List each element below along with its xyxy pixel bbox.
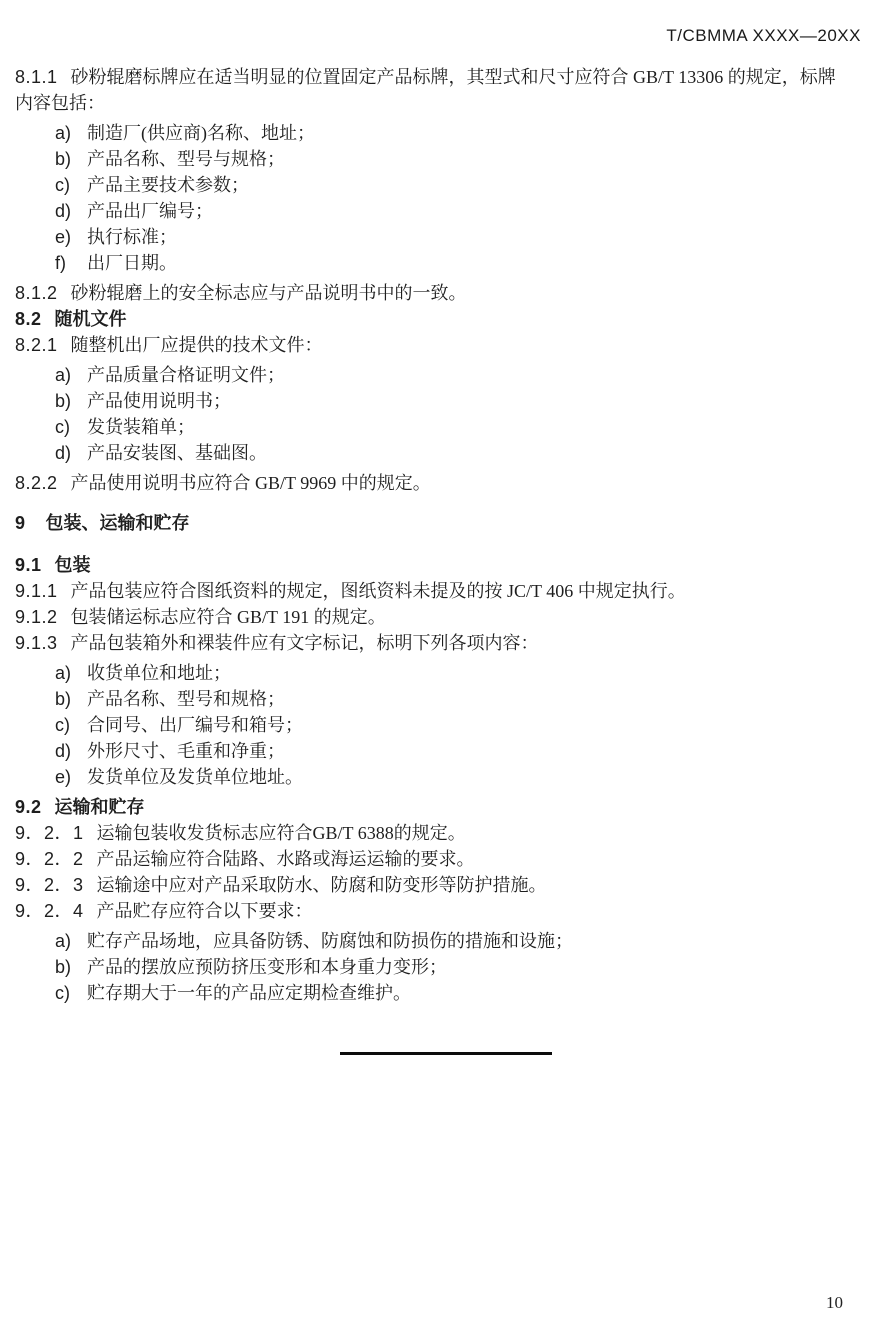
list-item-text: 产品使用说明书； — [87, 391, 231, 411]
clause-text: 砂粉辊磨标牌应在适当明显的位置固定产品标牌，其型式和尺寸应符合 GB/T 133… — [15, 67, 836, 113]
list-item-marker: a) — [55, 120, 87, 146]
list-item-text: 执行标准； — [87, 227, 177, 247]
clause-number: 9．2．3 — [15, 875, 84, 895]
clause-8-2-2: 8.2.2产品使用说明书应符合 GB/T 9969 中的规定。 — [15, 470, 837, 496]
clause-text: 砂粉辊磨上的安全标志应与产品说明书中的一致。 — [71, 283, 467, 303]
clause-number: 9．2．2 — [15, 849, 84, 869]
list-item-marker: c) — [55, 980, 87, 1006]
clause-8-2-1: 8.2.1随整机出厂应提供的技术文件： — [15, 332, 837, 358]
list-item-marker: a) — [55, 362, 87, 388]
clause-9-2-4: 9．2．4产品贮存应符合以下要求： — [15, 898, 837, 924]
list-item: e)执行标准； — [55, 224, 837, 250]
heading-9: 9包装、运输和贮存 — [15, 510, 837, 536]
list-item-text: 贮存期大于一年的产品应定期检查维护。 — [87, 983, 411, 1003]
list-item-text: 产品出厂编号； — [87, 201, 213, 221]
list-item: d)产品安装图、基础图。 — [55, 440, 837, 466]
list-item-marker: d) — [55, 440, 87, 466]
clause-9-1-2: 9.1.2包装储运标志应符合 GB/T 191 的规定。 — [15, 604, 837, 630]
clause-9-2-3: 9．2．3运输途中应对产品采取防水、防腐和防变形等防护措施。 — [15, 872, 837, 898]
page-number: 10 — [826, 1293, 843, 1312]
list-item-marker: b) — [55, 146, 87, 172]
clause-number: 9.1.2 — [15, 607, 58, 627]
heading-number: 8.2 — [15, 309, 42, 329]
list-item-text: 出厂日期。 — [87, 253, 177, 273]
list-item-marker: c) — [55, 172, 87, 198]
list-item-text: 发货单位及发货单位地址。 — [87, 767, 303, 787]
item-list: a)收货单位和地址；b)产品名称、型号和规格；c)合同号、出厂编号和箱号；d)外… — [15, 660, 837, 790]
standard-number: T/CBMMA XXXX—20XX — [666, 26, 861, 45]
list-item-marker: d) — [55, 738, 87, 764]
list-item: a)贮存产品场地，应具备防锈、防腐蚀和防损伤的措施和设施； — [55, 928, 837, 954]
list-item-text: 产品安装图、基础图。 — [87, 443, 267, 463]
list-item-marker: c) — [55, 414, 87, 440]
heading-title: 包装 — [55, 555, 91, 575]
clause-number: 9.1.3 — [15, 633, 58, 653]
list-item-text: 外形尺寸、毛重和净重； — [87, 741, 285, 761]
list-item: c)产品主要技术参数； — [55, 172, 837, 198]
list-item-text: 产品的摆放应预防挤压变形和本身重力变形； — [87, 957, 447, 977]
clause-number: 8.1.1 — [15, 67, 58, 87]
list-item-text: 收货单位和地址； — [87, 663, 231, 683]
list-item-text: 发货装箱单； — [87, 417, 195, 437]
heading-number: 9 — [15, 513, 26, 533]
list-item-marker: b) — [55, 388, 87, 414]
heading-title: 随机文件 — [55, 309, 127, 329]
document-page: T/CBMMA XXXX—20XX 8.1.1砂粉辊磨标牌应在适当明显的位置固定… — [0, 0, 883, 1323]
list-item: d)产品出厂编号； — [55, 198, 837, 224]
heading-number: 9.1 — [15, 555, 42, 575]
clause-number: 9.1.1 — [15, 581, 58, 601]
list-item: c)发货装箱单； — [55, 414, 837, 440]
list-item-marker: b) — [55, 686, 87, 712]
clause-number: 8.2.1 — [15, 335, 58, 355]
list-item-text: 产品名称、型号与规格； — [87, 149, 285, 169]
list-item-text: 产品质量合格证明文件； — [87, 365, 285, 385]
list-item: a)收货单位和地址； — [55, 660, 837, 686]
list-item: e)发货单位及发货单位地址。 — [55, 764, 837, 790]
page-header: T/CBMMA XXXX—20XX — [666, 26, 861, 46]
clause-text: 运输途中应对产品采取防水、防腐和防变形等防护措施。 — [97, 875, 547, 895]
list-item-text: 产品名称、型号和规格； — [87, 689, 285, 709]
list-item-text: 制造厂(供应商)名称、地址； — [87, 123, 315, 143]
list-item-marker: a) — [55, 928, 87, 954]
clause-text: 产品贮存应符合以下要求： — [97, 901, 313, 921]
clause-text: 产品运输应符合陆路、水路或海运运输的要求。 — [97, 849, 475, 869]
heading-8-2: 8.2随机文件 — [15, 306, 837, 332]
list-item-marker: b) — [55, 954, 87, 980]
list-item-marker: a) — [55, 660, 87, 686]
item-list: a)贮存产品场地，应具备防锈、防腐蚀和防损伤的措施和设施；b)产品的摆放应预防挤… — [15, 928, 837, 1006]
heading-number: 9.2 — [15, 797, 42, 817]
list-item-text: 贮存产品场地，应具备防锈、防腐蚀和防损伤的措施和设施； — [87, 931, 573, 951]
clause-number: 8.1.2 — [15, 283, 58, 303]
item-list: a)制造厂(供应商)名称、地址；b)产品名称、型号与规格；c)产品主要技术参数；… — [15, 120, 837, 276]
clause-8-1-2: 8.1.2砂粉辊磨上的安全标志应与产品说明书中的一致。 — [15, 280, 837, 306]
heading-title: 包装、运输和贮存 — [46, 513, 190, 533]
clause-text: 包装储运标志应符合 GB/T 191 的规定。 — [71, 607, 386, 627]
list-item: d)外形尺寸、毛重和净重； — [55, 738, 837, 764]
list-item: c)贮存期大于一年的产品应定期检查维护。 — [55, 980, 837, 1006]
clause-9-2-1: 9．2．1运输包装收发货标志应符合GB/T 6388的规定。 — [15, 820, 837, 846]
clause-text: 产品包装箱外和裸装件应有文字标记，标明下列各项内容： — [71, 633, 539, 653]
clause-9-2-2: 9．2．2产品运输应符合陆路、水路或海运运输的要求。 — [15, 846, 837, 872]
list-item-marker: f) — [55, 250, 87, 276]
list-item: c)合同号、出厂编号和箱号； — [55, 712, 837, 738]
list-item: b)产品使用说明书； — [55, 388, 837, 414]
list-item-marker: c) — [55, 712, 87, 738]
list-item-text: 合同号、出厂编号和箱号； — [87, 715, 303, 735]
list-item-marker: e) — [55, 224, 87, 250]
list-item: a)制造厂(供应商)名称、地址； — [55, 120, 837, 146]
list-item: f)出厂日期。 — [55, 250, 837, 276]
end-rule-line — [340, 1052, 552, 1055]
list-item-text: 产品主要技术参数； — [87, 175, 249, 195]
list-item-marker: d) — [55, 198, 87, 224]
clause-text: 随整机出厂应提供的技术文件： — [71, 335, 323, 355]
clause-text: 产品包装应符合图纸资料的规定，图纸资料未提及的按 JC/T 406 中规定执行。 — [71, 581, 686, 601]
list-item: b)产品名称、型号和规格； — [55, 686, 837, 712]
list-item: b)产品的摆放应预防挤压变形和本身重力变形； — [55, 954, 837, 980]
item-list: a)产品质量合格证明文件；b)产品使用说明书；c)发货装箱单；d)产品安装图、基… — [15, 362, 837, 466]
page-footer: 10 — [826, 1293, 843, 1313]
list-item-marker: e) — [55, 764, 87, 790]
heading-9-1: 9.1包装 — [15, 552, 837, 578]
clause-number: 9．2．4 — [15, 901, 84, 921]
clause-number: 9．2．1 — [15, 823, 84, 843]
heading-title: 运输和贮存 — [55, 797, 145, 817]
heading-9-2: 9.2运输和贮存 — [15, 794, 837, 820]
list-item: b)产品名称、型号与规格； — [55, 146, 837, 172]
clause-8-1-1: 8.1.1砂粉辊磨标牌应在适当明显的位置固定产品标牌，其型式和尺寸应符合 GB/… — [15, 64, 837, 116]
clause-9-1-3: 9.1.3产品包装箱外和裸装件应有文字标记，标明下列各项内容： — [15, 630, 837, 656]
clause-number: 8.2.2 — [15, 473, 58, 493]
clause-9-1-1: 9.1.1产品包装应符合图纸资料的规定，图纸资料未提及的按 JC/T 406 中… — [15, 578, 837, 604]
document-content: 8.1.1砂粉辊磨标牌应在适当明显的位置固定产品标牌，其型式和尺寸应符合 GB/… — [15, 64, 837, 1062]
clause-text: 产品使用说明书应符合 GB/T 9969 中的规定。 — [71, 473, 431, 493]
document-end-divider — [15, 1036, 837, 1062]
clause-text: 运输包装收发货标志应符合GB/T 6388的规定。 — [97, 823, 466, 843]
list-item: a)产品质量合格证明文件； — [55, 362, 837, 388]
